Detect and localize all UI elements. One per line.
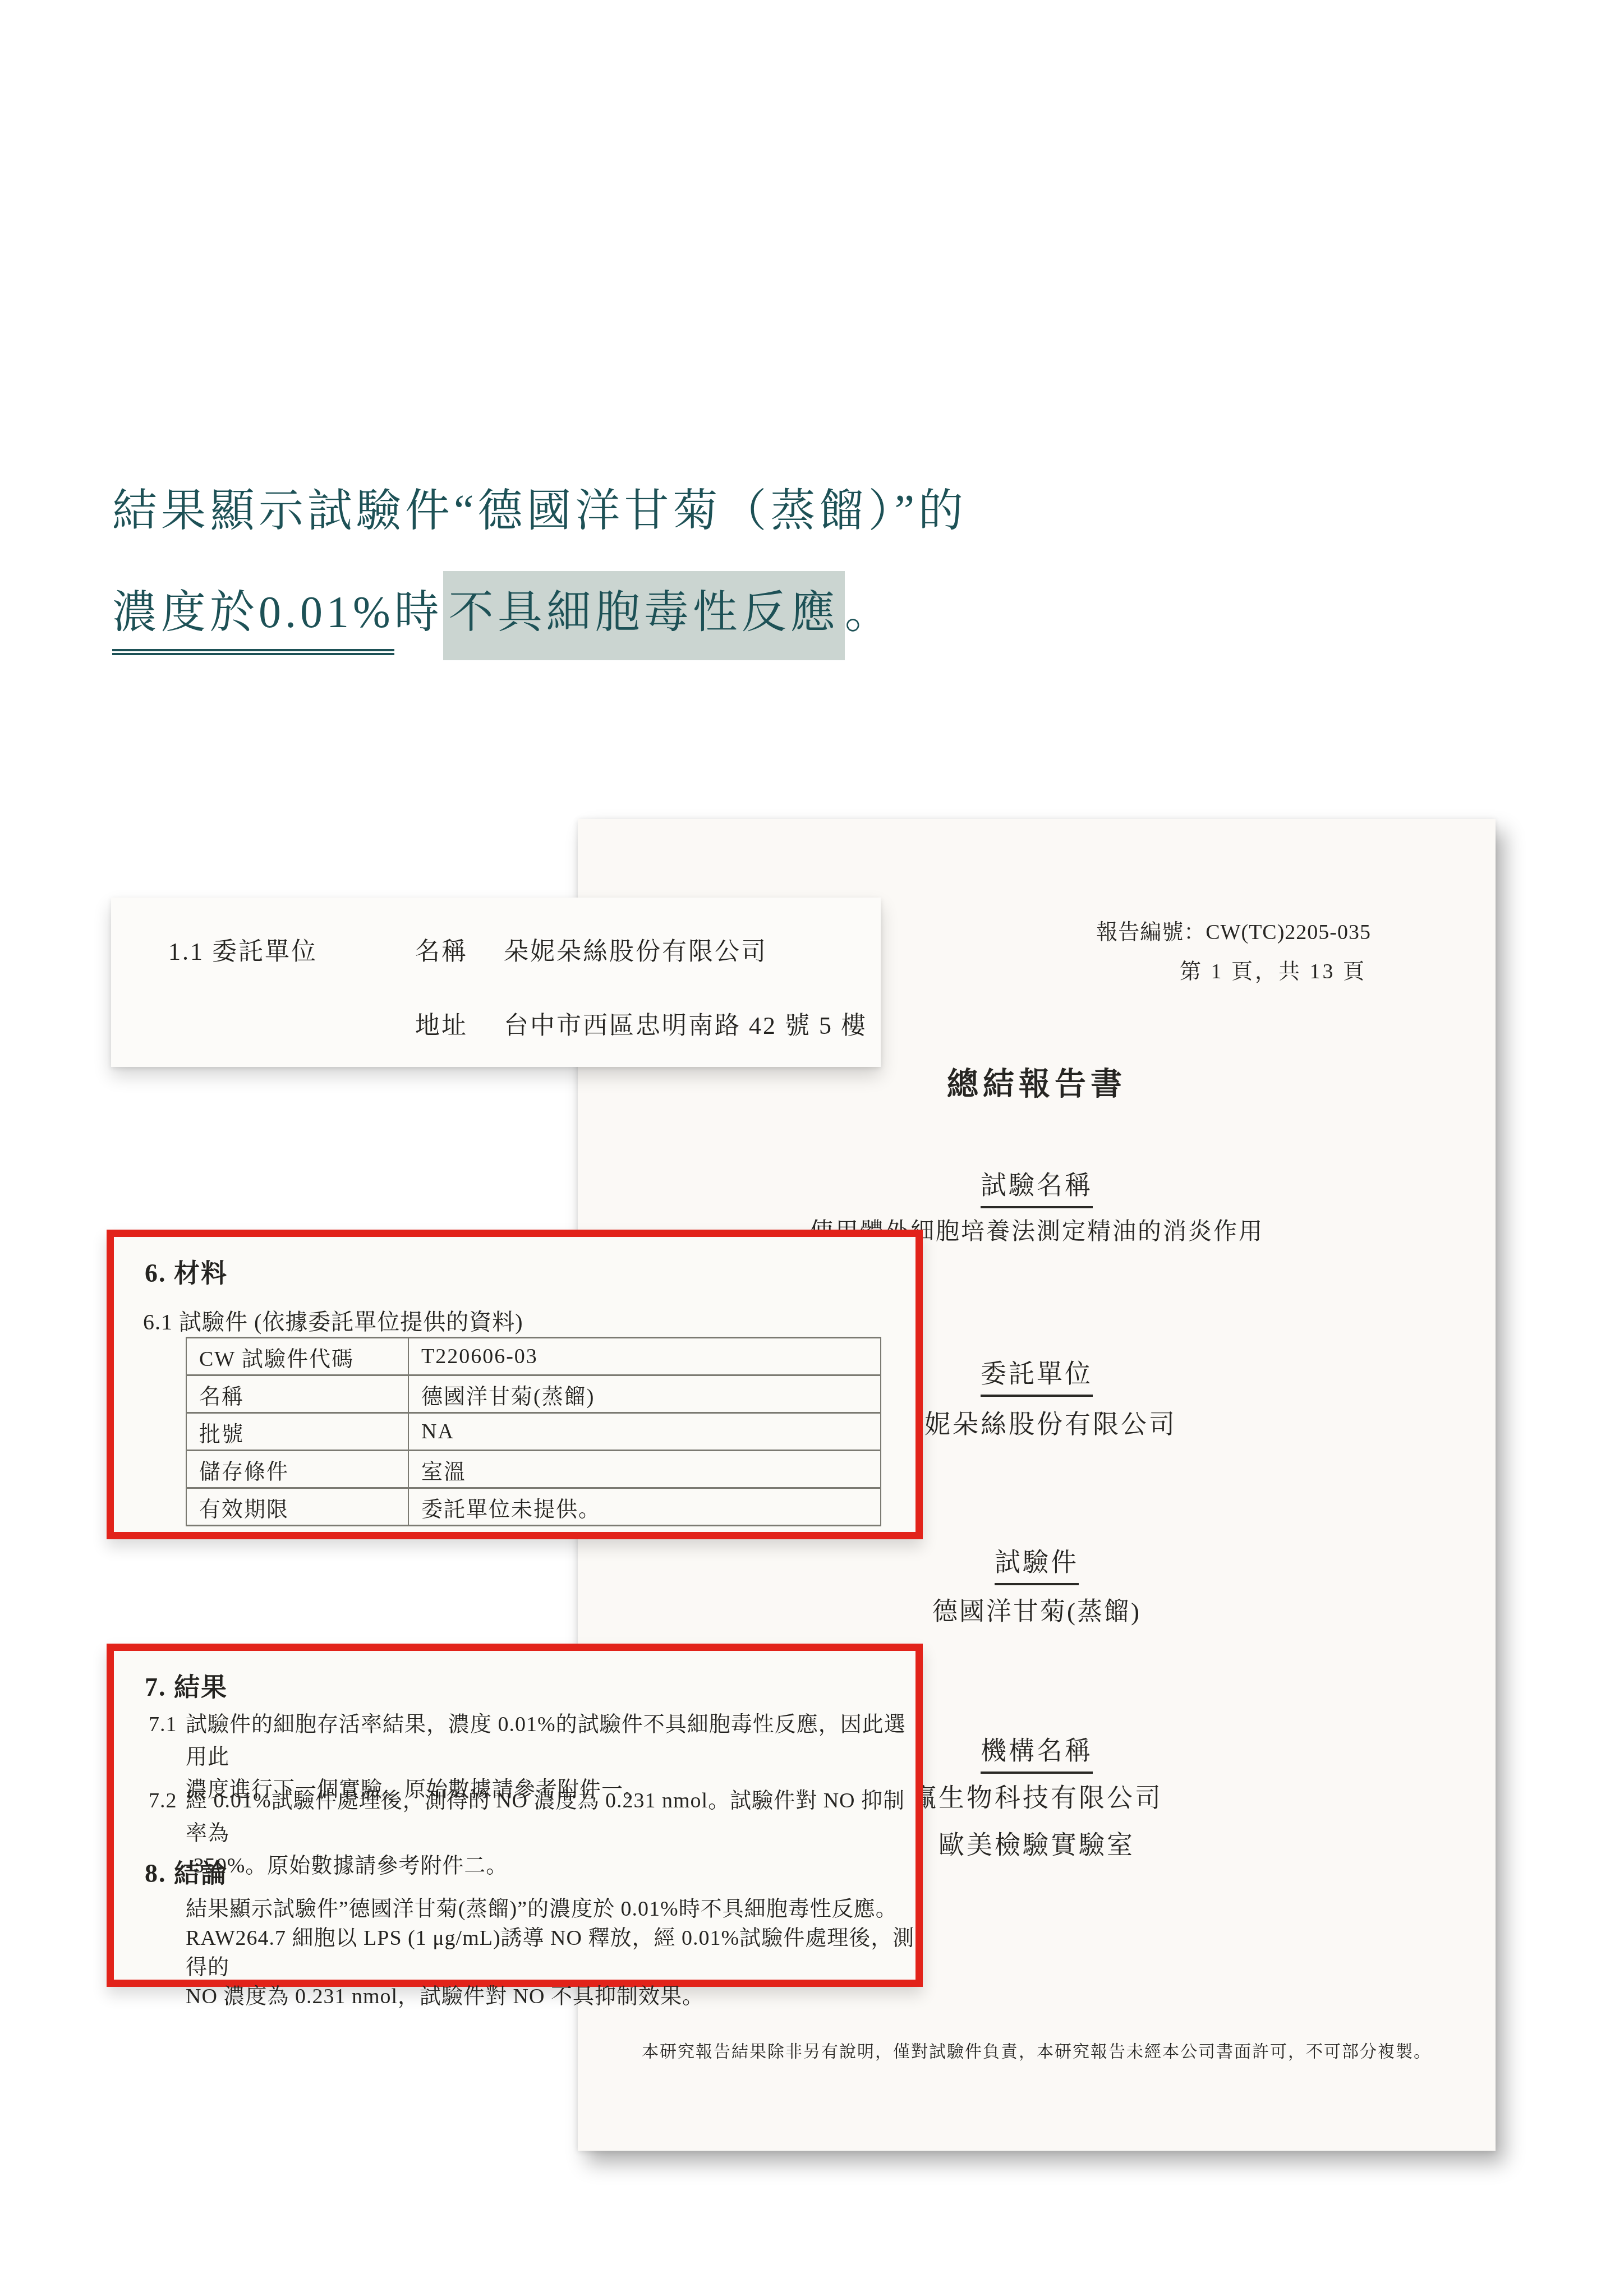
report-specimen-name: 德國洋甘菊(蒸餾)	[578, 1591, 1496, 1627]
specimen-table: CW 試驗件代碼 T220606-03 名稱 德國洋甘菊(蒸餾) 批號 NA 儲…	[186, 1337, 881, 1526]
table-cell-label: 批號	[186, 1413, 408, 1451]
title-banner-inner: 使用體外細胞培養法測定 精油的消炎作用	[95, 167, 1624, 368]
report-number: 報告編號：CW(TC)2205-035	[1096, 914, 1371, 945]
client-card-addr-value: 台中市西區忠明南路 42 號 5 樓	[504, 1005, 867, 1041]
material-subheading: 6.1 試驗件 (依據委託單位提供的資料)	[143, 1304, 523, 1336]
table-cell-label: 儲存條件	[186, 1451, 408, 1488]
page: 使用體外細胞培養法測定 精油的消炎作用 結果顯示試驗件“德國洋甘菊（蒸餾）”的 …	[0, 0, 1624, 2296]
table-row: 儲存條件 室溫	[186, 1451, 881, 1488]
report-test-name-label: 試驗名稱	[578, 1165, 1496, 1208]
result-7-2-line1: 經 0.01%試驗件處理後，測得的 NO 濃度為 0.231 nmol。試驗件對…	[186, 1789, 905, 1845]
table-row: 批號 NA	[186, 1413, 881, 1451]
client-card-name-label: 名稱	[415, 931, 468, 967]
client-card-addr-label: 地址	[415, 1005, 468, 1041]
results-heading: 7. 結果	[145, 1667, 228, 1704]
client-card-name-value: 朵妮朵絲股份有限公司	[504, 931, 767, 967]
conclusion-heading: 8. 結論	[145, 1853, 228, 1890]
table-row: CW 試驗件代碼 T220606-03	[186, 1338, 881, 1375]
page-title-line2: 精油的消炎作用	[126, 274, 1624, 368]
result-item-7-2: 7.2 經 0.01%試驗件處理後，測得的 NO 濃度為 0.231 nmol。…	[149, 1784, 915, 1882]
material-excerpt-box: 6. 材料 6.1 試驗件 (依據委託單位提供的資料) CW 試驗件代碼 T22…	[107, 1230, 923, 1539]
intro-line1: 結果顯示試驗件“德國洋甘菊（蒸餾）”的	[112, 474, 1094, 539]
table-cell-value: 室溫	[408, 1451, 881, 1488]
result-item-text: 經 0.01%試驗件處理後，測得的 NO 濃度為 0.231 nmol。試驗件對…	[186, 1784, 915, 1882]
intro-paragraph: 結果顯示試驗件“德國洋甘菊（蒸餾）”的 濃度於0.01%時不具細胞毒性反應。	[112, 474, 1094, 655]
result-7-1-line1: 試驗件的細胞存活率結果，濃度 0.01%的試驗件不具細胞毒性反應，因此選用此	[186, 1713, 906, 1769]
table-cell-label: 有效期限	[186, 1488, 408, 1526]
intro-highlighted-result: 不具細胞毒性反應	[443, 571, 845, 660]
table-row: 名稱 德國洋甘菊(蒸餾)	[186, 1375, 881, 1413]
report-client-label-text: 委託單位	[981, 1353, 1093, 1397]
report-org-label-text: 機構名稱	[981, 1730, 1093, 1774]
client-card-item-number: 1.1 委託單位	[168, 931, 318, 967]
conclusion-line2: RAW264.7 細胞以 LPS (1 μg/mL)誘導 NO 釋放，經 0.0…	[186, 1926, 914, 1979]
table-cell-label: 名稱	[186, 1375, 408, 1413]
page-title-line1: 使用體外細胞培養法測定	[126, 180, 1624, 274]
results-excerpt-box: 7. 結果 7.1 試驗件的細胞存活率結果，濃度 0.01%的試驗件不具細胞毒性…	[107, 1644, 923, 1987]
table-cell-value: 德國洋甘菊(蒸餾)	[408, 1375, 881, 1413]
client-info-card: 1.1 委託單位 名稱 朵妮朵絲股份有限公司 地址 台中市西區忠明南路 42 號…	[111, 898, 881, 1067]
report-specimen-label: 試驗件	[578, 1542, 1496, 1585]
material-heading: 6. 材料	[145, 1253, 228, 1290]
report-test-name-label-text: 試驗名稱	[981, 1165, 1093, 1208]
result-7-2-line2: -350%。原始數據請參考附件二。	[186, 1854, 508, 1878]
table-cell-value: T220606-03	[408, 1338, 881, 1375]
intro-period: 。	[845, 588, 894, 637]
intro-line2: 濃度於0.01%時不具細胞毒性反應。	[112, 571, 1094, 655]
intro-underlined-concentration: 濃度於0.01%	[112, 576, 394, 655]
table-cell-value: NA	[408, 1413, 881, 1451]
conclusion-text: 結果顯示試驗件”德國洋甘菊(蒸餾)”的濃度於 0.01%時不具細胞毒性反應。RA…	[186, 1894, 921, 2011]
table-cell-label: CW 試驗件代碼	[186, 1338, 408, 1375]
conclusion-line1: 結果顯示試驗件”德國洋甘菊(蒸餾)”的濃度於 0.01%時不具細胞毒性反應。	[186, 1897, 898, 1921]
title-banner: 使用體外細胞培養法測定 精油的消炎作用	[95, 167, 1624, 381]
report-specimen-label-text: 試驗件	[995, 1542, 1079, 1585]
conclusion-line3: NO 濃度為 0.231 nmol，試驗件對 NO 不具抑制效果。	[186, 1985, 704, 2008]
report-page-count: 第 1 頁，共 13 頁	[1180, 954, 1367, 984]
report-disclaimer: 本研究報告結果除非另有說明，僅對試驗件負責，本研究報告未經本公司書面許可，不可部…	[578, 2037, 1496, 2062]
table-row: 有效期限 委託單位未提供。	[186, 1488, 881, 1526]
table-cell-value: 委託單位未提供。	[408, 1488, 881, 1526]
intro-mid-text: 時	[394, 588, 443, 637]
